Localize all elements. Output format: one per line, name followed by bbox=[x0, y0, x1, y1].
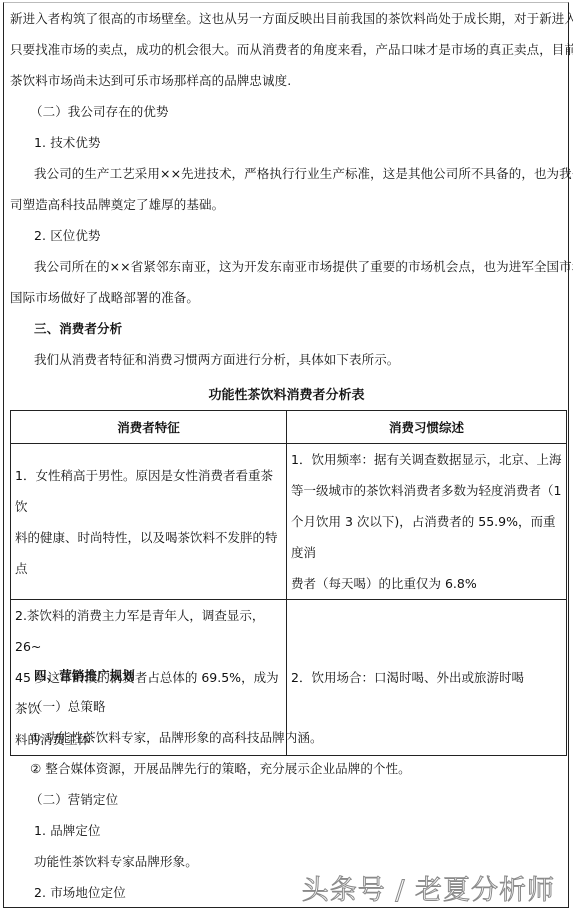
subsection-heading: （二）营销定位 bbox=[30, 792, 118, 808]
paragraph-line: 我公司的生产工艺采用××先进技术，严格执行行业生产标准，这是其他公司所不具备的，… bbox=[34, 166, 573, 182]
list-item-heading: 2. 市场地位定位 bbox=[34, 885, 126, 901]
subsection-heading: （二）我公司存在的优势 bbox=[30, 104, 169, 120]
subsection-heading: （一）总策略 bbox=[30, 699, 106, 715]
paragraph-line: 我们从消费者特征和消费习惯两方面进行分析，具体如下表所示。 bbox=[34, 352, 399, 368]
list-item-heading: 2. 区位优势 bbox=[34, 228, 101, 244]
column-header: 消费者特征 bbox=[11, 411, 287, 444]
section-heading: 四、营销推广规划 bbox=[34, 668, 135, 684]
cell-line: 1．女性稍高于男性。原因是女性消费者看重茶饮 bbox=[15, 460, 282, 522]
paragraph-line: 国际市场做好了战略部署的准备。 bbox=[10, 290, 199, 306]
table-title: 功能性茶饮料消费者分析表 bbox=[0, 384, 573, 403]
paragraph-line: 只要找准市场的卖点，成功的机会很大。而从消费者的角度来看，产品口味才是市场的真正… bbox=[10, 42, 573, 58]
paragraph-line: 新进入者构筑了很高的市场壁垒。这也从另一方面反映出目前我国的茶饮料尚处于成长期，… bbox=[10, 11, 573, 27]
table-cell: 1．饮用频率：据有关调查数据显示，北京、上海 等一级城市的茶饮料消费者多数为轻度… bbox=[287, 444, 567, 600]
cell-line: 2．饮用场合：口渴时喝、外出或旅游时喝 bbox=[291, 662, 562, 693]
strategy-item: ② 整合媒体资源，开展品牌先行的策略，充分展示企业品牌的个性。 bbox=[30, 761, 411, 777]
list-item-heading: 1. 品牌定位 bbox=[34, 823, 101, 839]
table-header-row: 消费者特征 消费习惯综述 bbox=[11, 411, 567, 444]
paragraph-line: 功能性茶饮料专家品牌形象。 bbox=[34, 854, 198, 870]
section-heading: 三、消费者分析 bbox=[34, 321, 122, 337]
cell-line: 2.茶饮料的消费主力军是青年人，调查显示，26~ bbox=[15, 600, 282, 662]
list-item-heading: 1. 技术优势 bbox=[34, 135, 101, 151]
paragraph-line: 茶饮料市场尚未达到可乐市场那样高的品牌忠诚度. bbox=[10, 73, 291, 89]
table-cell: 2．饮用场合：口渴时喝、外出或旅游时喝 bbox=[287, 600, 567, 756]
paragraph-line: 我公司所在的××省紧邻东南亚，这为开发东南亚市场提供了重要的市场机会点，也为进军… bbox=[34, 259, 573, 275]
table-row: 1．女性稍高于男性。原因是女性消费者看重茶饮 料的健康、时尚特性，以及喝茶饮料不… bbox=[11, 444, 567, 600]
table-cell: 1．女性稍高于男性。原因是女性消费者看重茶饮 料的健康、时尚特性，以及喝茶饮料不… bbox=[11, 444, 287, 600]
cell-line: 料的健康、时尚特性，以及喝茶饮料不发胖的特点 bbox=[15, 522, 282, 584]
column-header: 消费习惯综述 bbox=[287, 411, 567, 444]
cell-line: 等一级城市的茶饮料消费者多数为轻度消费者（1 bbox=[291, 475, 562, 506]
strategy-item: ① 功能性茶饮料专家，品牌形象的高科技品牌内涵。 bbox=[30, 730, 323, 746]
paragraph-line: 司塑造高科技品牌奠定了雄厚的基础。 bbox=[10, 197, 224, 213]
watermark: 头条号 / 老夏分析师 bbox=[302, 868, 555, 907]
cell-line: 费者（每天喝）的比重仅为 6.8% bbox=[291, 568, 562, 599]
cell-line: 个月饮用 3 次以下)，占消费者的 55.9%，而重度消 bbox=[291, 506, 562, 568]
cell-line: 1．饮用频率：据有关调查数据显示，北京、上海 bbox=[291, 444, 562, 475]
